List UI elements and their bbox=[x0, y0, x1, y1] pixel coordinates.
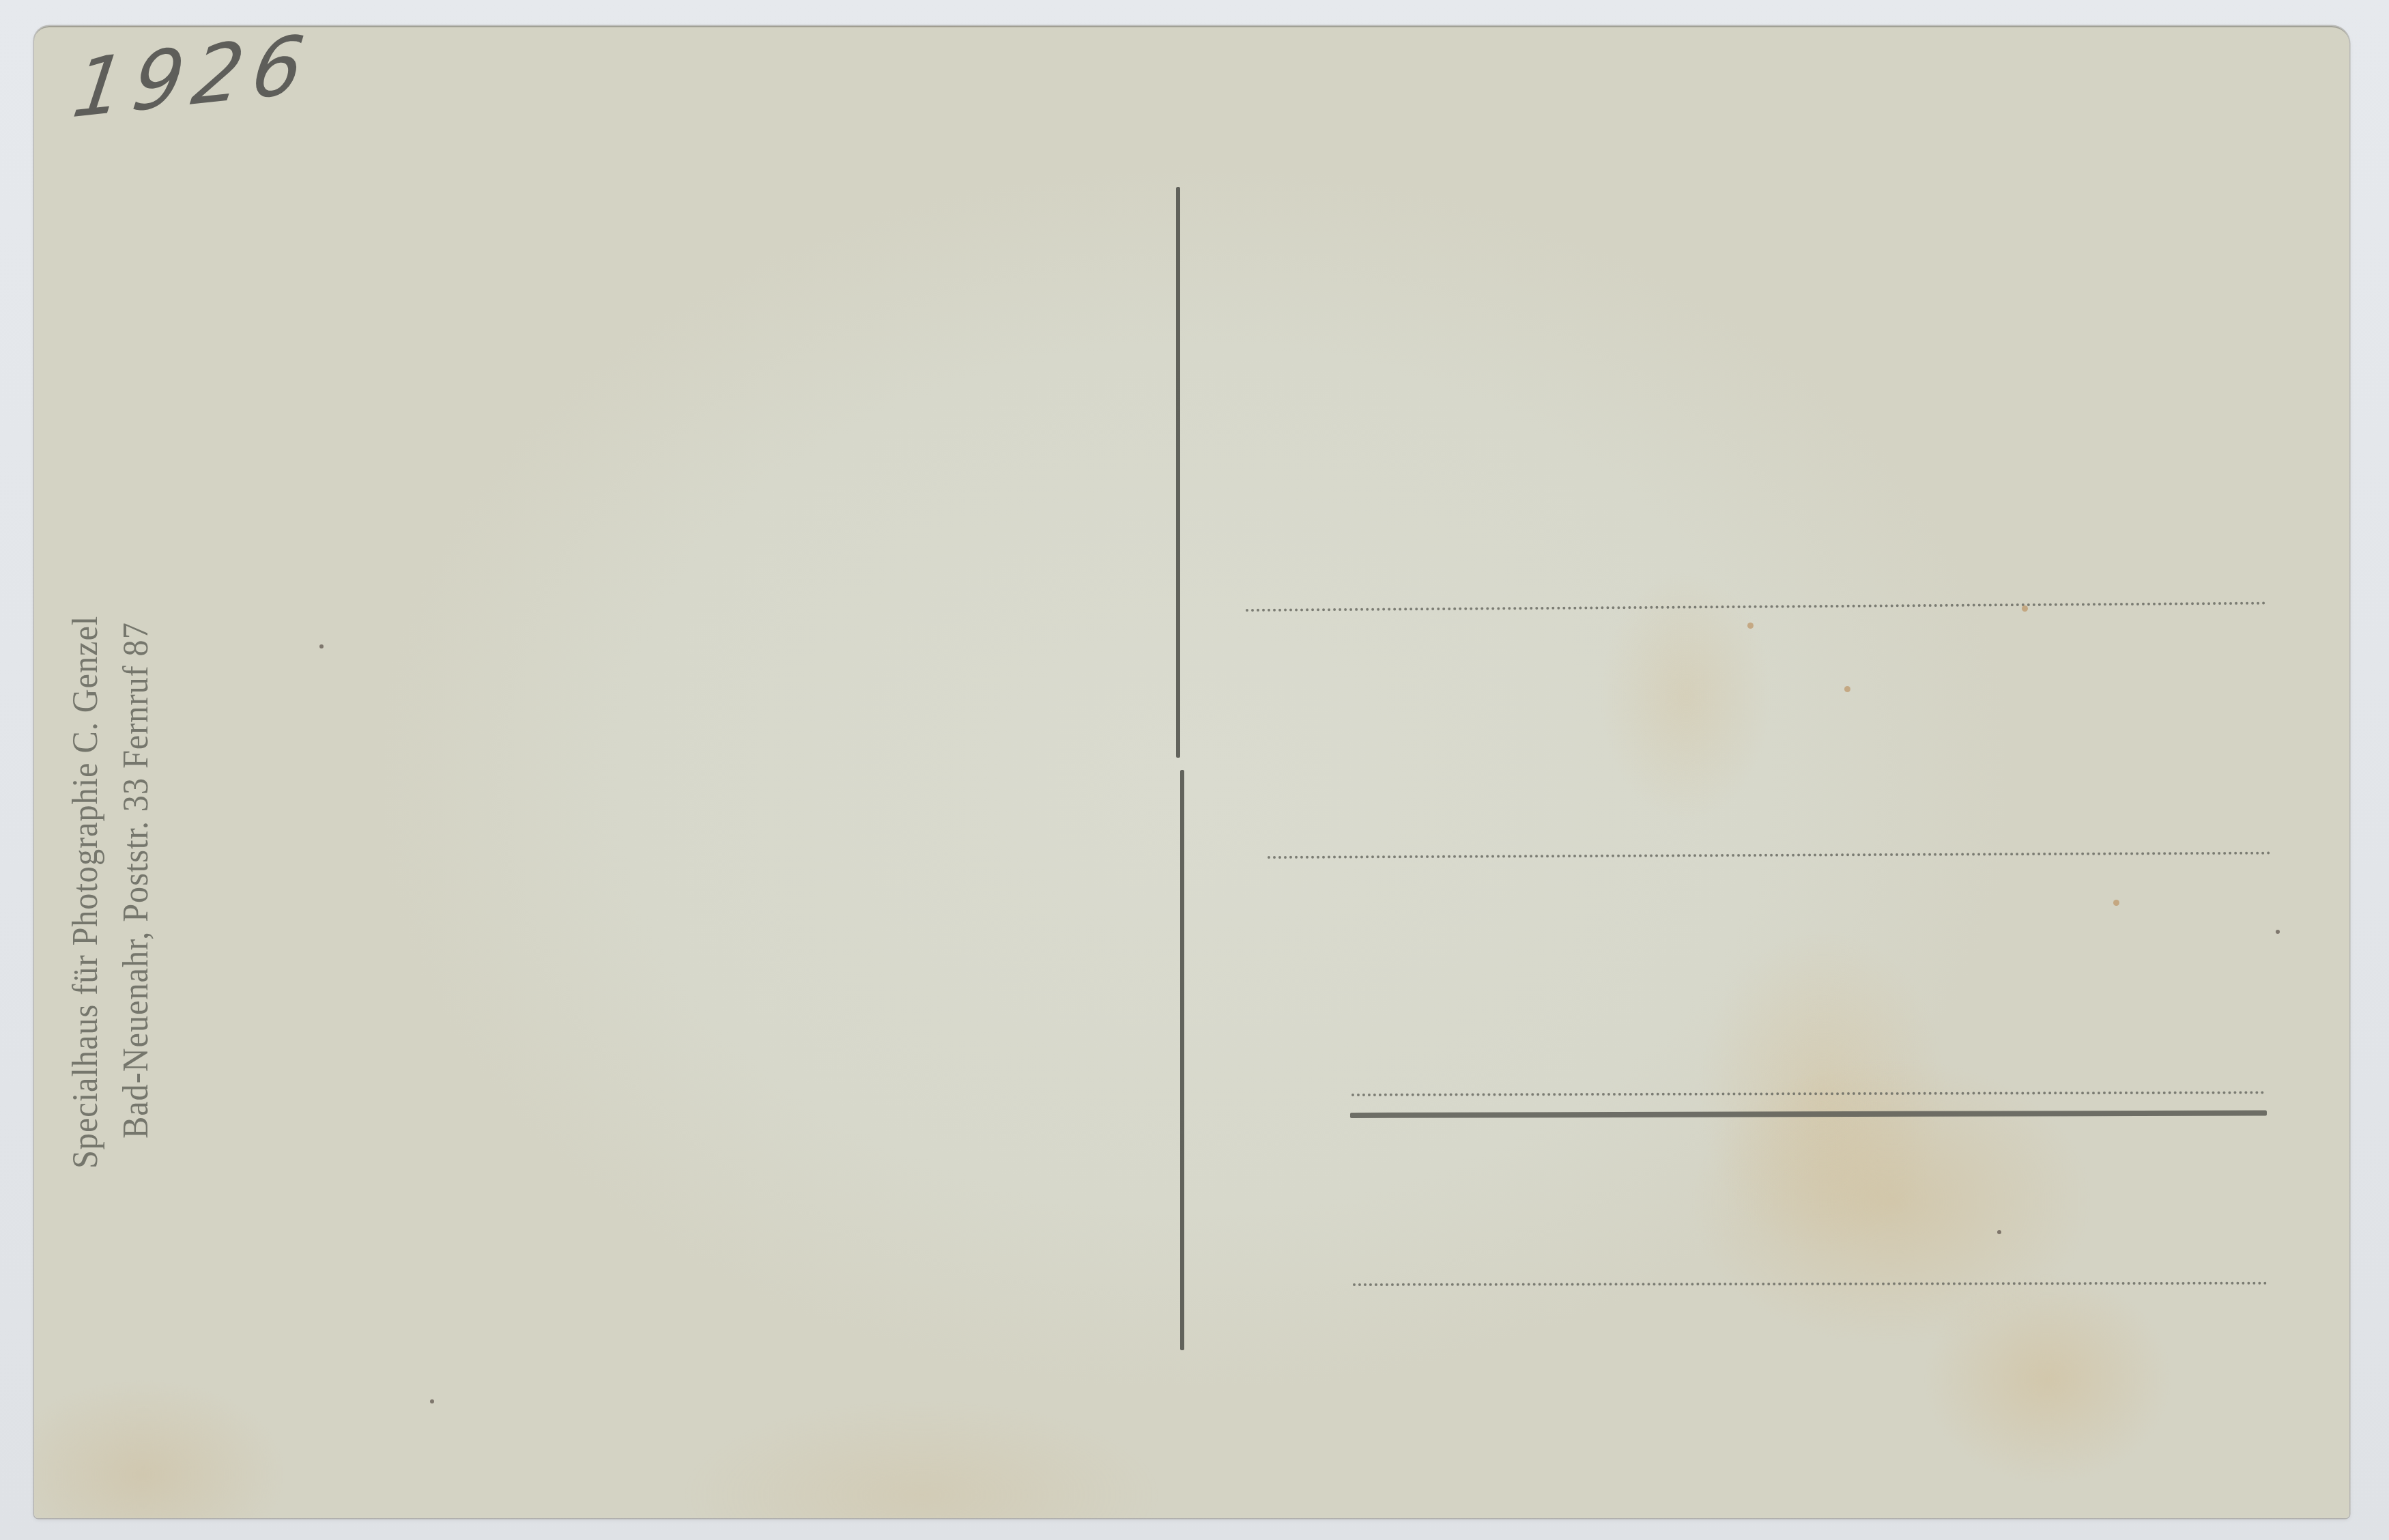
center-divider-upper bbox=[1176, 187, 1180, 758]
publisher-imprint-line-1: Specialhaus für Photographie C. Genzel bbox=[66, 616, 106, 1169]
rust-spot bbox=[1747, 623, 1754, 629]
publisher-imprint-line-2: Bad-Neuenahr, Poststr. 33 Fernruf 87 bbox=[116, 622, 156, 1139]
ink-speck bbox=[319, 644, 324, 648]
center-divider-lower bbox=[1180, 770, 1184, 1350]
postcard-back bbox=[34, 26, 2349, 1518]
rust-spot bbox=[2113, 900, 2119, 906]
ink-speck bbox=[430, 1399, 434, 1403]
rust-spot bbox=[1844, 686, 1850, 692]
ink-speck bbox=[2276, 930, 2280, 934]
rust-spot bbox=[2022, 605, 2028, 612]
ink-speck bbox=[1997, 1230, 2001, 1234]
